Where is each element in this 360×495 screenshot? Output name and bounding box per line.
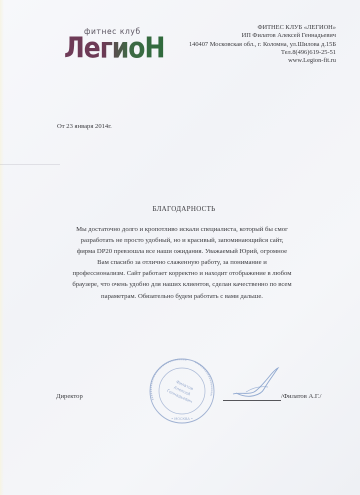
- body-line: профессионализм. Сайт работает корректно…: [62, 268, 302, 279]
- body-line: параметрам. Обязательно будем работать с…: [62, 291, 302, 302]
- letterhead-owner: ИП Филатов Алексей Геннадьевич: [189, 32, 336, 40]
- letterhead-address-line: 140407 Московская обл., г. Коломна, ул.Ш…: [189, 41, 336, 49]
- letterhead-website: www.Legion-fit.ru: [189, 57, 336, 65]
- body-line: Вам спасибо за отлично слаженную работу,…: [62, 257, 302, 268]
- stamp-icon: Филатов Алексей Геннадьевич • МОСКВА •: [147, 356, 217, 426]
- letterhead-phone: Тел.8(496)619-25-51: [189, 49, 336, 57]
- body-line: разработать не просто удобный, но и крас…: [62, 235, 302, 246]
- body-line: Мы достаточно долго и кропотливо искали …: [62, 224, 302, 235]
- svg-text:• МОСКВА •: • МОСКВА •: [171, 417, 193, 421]
- letterhead-company: ФИТНЕС КЛУБ «ЛЕГИОН»: [189, 24, 336, 32]
- document-page: фитнес клуб ЛегиоН ФИТНЕС КЛУБ «ЛЕГИОН» …: [0, 0, 360, 495]
- letterhead-address: ФИТНЕС КЛУБ «ЛЕГИОН» ИП Филатов Алексей …: [189, 24, 336, 65]
- paper-edge: [0, 0, 4, 495]
- letter-body: Мы достаточно долго и кропотливо искали …: [62, 224, 302, 302]
- letter-title: БЛАГОДАРНОСТЬ: [0, 205, 360, 213]
- paper-crease: [0, 164, 60, 165]
- club-logo: фитнес клуб ЛегиоН: [64, 27, 164, 67]
- logo-name: ЛегиоН: [64, 32, 164, 64]
- signer-position: Директор: [56, 393, 83, 400]
- signature-icon: [228, 362, 288, 402]
- letter-date: От 23 января 2014г.: [57, 123, 112, 130]
- signature-line: [223, 400, 281, 401]
- body-line: фирма DP20 превзошла все наши ожидания. …: [62, 246, 302, 257]
- signer-name: /Филатов А.Г./: [281, 393, 321, 400]
- body-line: браузере, что очень удобно для наших кли…: [62, 279, 302, 290]
